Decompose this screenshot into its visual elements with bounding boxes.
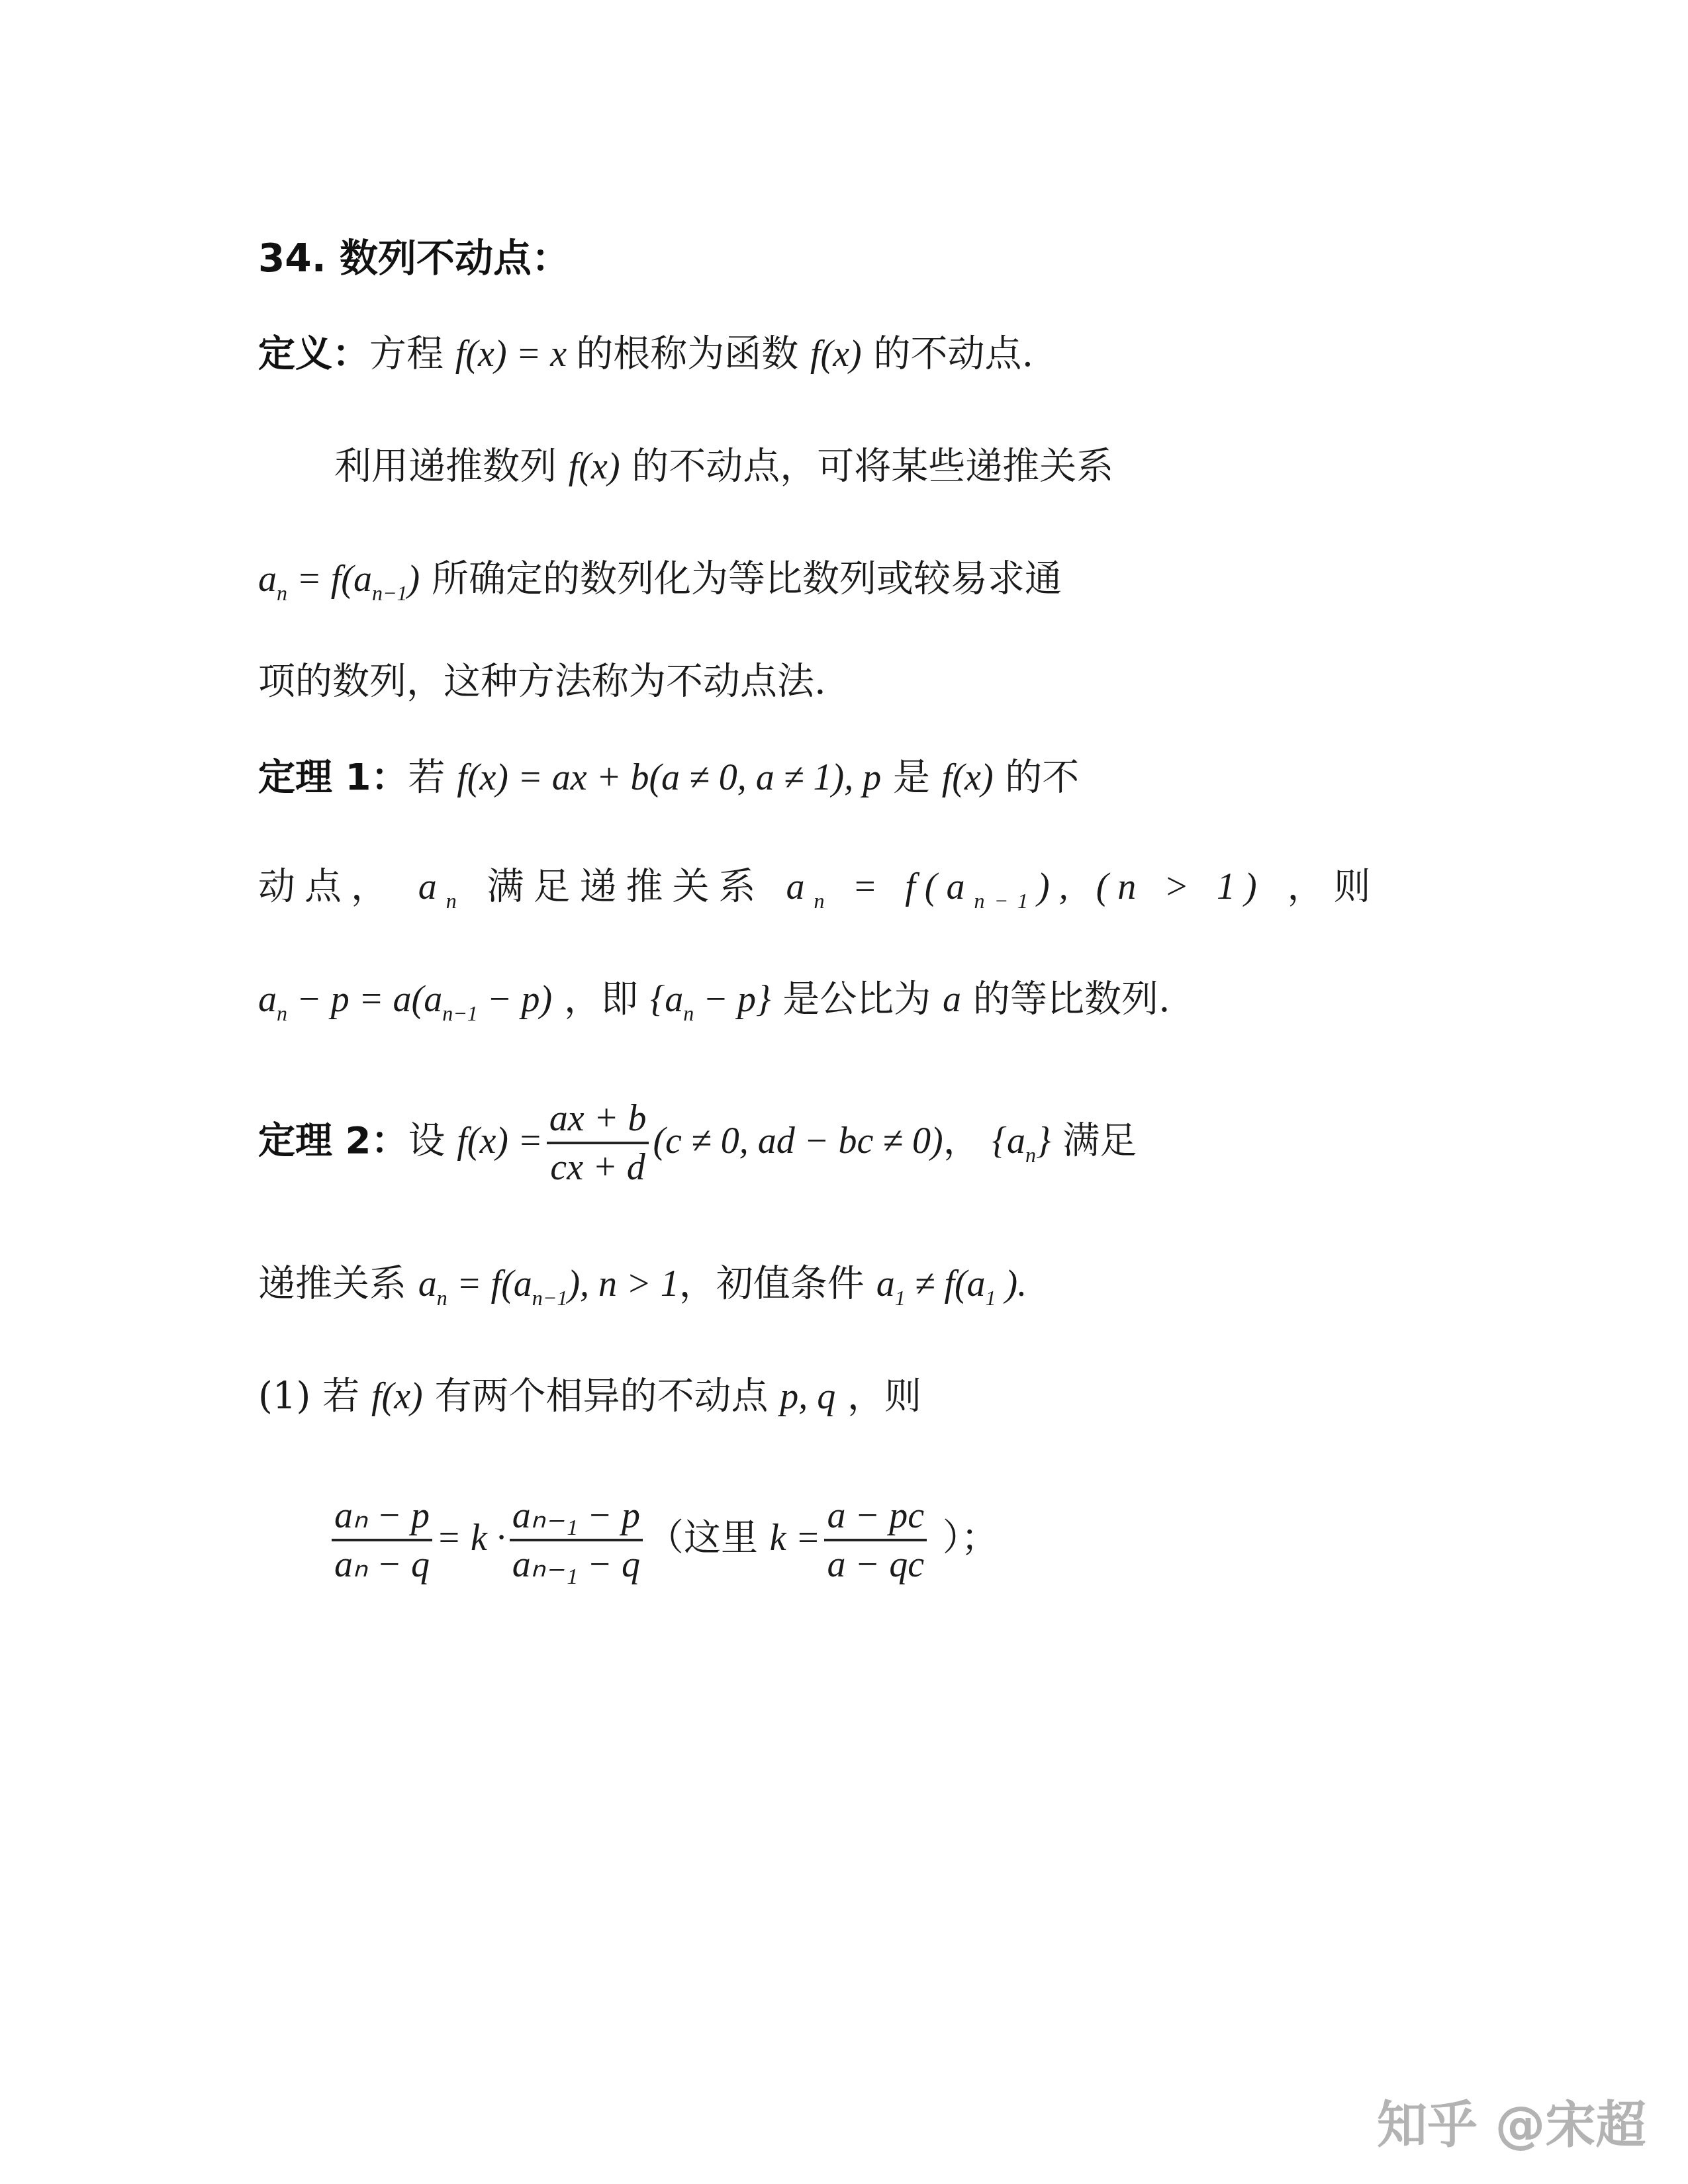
math-a: a bbox=[258, 559, 277, 600]
definition-eq-x: = x bbox=[507, 334, 577, 375]
paragraph-text: 所确定的数列化为等比数列或较易求通 bbox=[420, 557, 1062, 600]
math-expr: ) bbox=[408, 559, 420, 600]
math-sub: 1 bbox=[986, 1286, 996, 1310]
theorem-text: 若 bbox=[408, 756, 457, 799]
theorem1-line-2: 动点， an 满足递推关系 an = f(an−1), (n > 1) ，则 bbox=[258, 864, 1380, 924]
math-expr: {a bbox=[650, 979, 683, 1020]
math-expr: } bbox=[1036, 1120, 1051, 1161]
paragraph-text: 利用递推数列 bbox=[334, 445, 569, 488]
case-label: (1) 若 bbox=[258, 1375, 371, 1418]
math-expr: {a bbox=[992, 1120, 1025, 1161]
math-expr: ), (n > 1) bbox=[1037, 866, 1266, 907]
math-expr: − p = a(a bbox=[287, 979, 442, 1020]
theorem-text: 的等比数列. bbox=[961, 978, 1170, 1021]
math-sub: n bbox=[437, 1286, 447, 1310]
math-expr: = k · bbox=[436, 1518, 506, 1559]
theorem-text: ，初值条件 bbox=[679, 1262, 876, 1305]
fraction-numerator: ax + b bbox=[547, 1095, 649, 1142]
display-formula: aₙ − paₙ − q= k ·aₙ₋₁ − paₙ₋₁ − q（这里 k =… bbox=[328, 1492, 998, 1588]
theorem-text: 有两个相异的不动点 bbox=[423, 1375, 780, 1418]
lhs-fraction: aₙ − paₙ − q bbox=[332, 1492, 432, 1588]
fraction-numerator: aₙ₋₁ − p bbox=[510, 1492, 643, 1539]
theorem-text: 满足递推关系 bbox=[466, 865, 786, 908]
theorem1-label: 定理 1： bbox=[258, 756, 408, 799]
theorem-text: ，即 bbox=[552, 978, 650, 1021]
math-sub: n−1 bbox=[532, 1286, 568, 1310]
math-expr: f(x) = bbox=[457, 1120, 543, 1161]
fraction: ax + bcx + d bbox=[547, 1095, 649, 1191]
math-a: a bbox=[418, 866, 446, 907]
fraction-denominator: cx + d bbox=[547, 1144, 648, 1191]
math-sub: n bbox=[277, 581, 287, 605]
math-expr: f(x) bbox=[371, 1376, 423, 1417]
fraction-numerator: aₙ − p bbox=[332, 1492, 432, 1539]
theorem-text: 设 bbox=[408, 1119, 457, 1162]
math-expr: − p} bbox=[694, 979, 771, 1020]
definition-text-3: 的不动点. bbox=[862, 332, 1034, 375]
theorem2-line-1: 定理 2：设 f(x) =ax + bcx + d(c ≠ 0, ad − bc… bbox=[258, 1095, 1137, 1191]
math-expr: ), n > 1 bbox=[567, 1263, 679, 1304]
theorem-text: ， bbox=[943, 1119, 992, 1162]
math-sub: n bbox=[277, 1001, 287, 1025]
paragraph-fx: f(x) bbox=[569, 446, 620, 487]
math-expr: = f(a bbox=[447, 1263, 532, 1304]
paragraph-line-2: an = f(an−1) 所确定的数列化为等比数列或较易求通 bbox=[258, 556, 1062, 616]
theorem-text: ，则 bbox=[835, 1375, 921, 1418]
theorem-text: 满足 bbox=[1051, 1119, 1137, 1162]
theorem-text: 动点， bbox=[258, 865, 418, 908]
math-sub: n bbox=[683, 1001, 694, 1025]
theorem1-line-3: an − p = a(an−1 − p) ，即 {an − p} 是公比为 a … bbox=[258, 976, 1170, 1036]
math-expr: − p) bbox=[478, 979, 552, 1020]
note-text: （这里 bbox=[647, 1516, 770, 1559]
math-expr: ). bbox=[996, 1263, 1027, 1304]
theorem1-line-1: 定理 1：若 f(x) = ax + b(a ≠ 0, a ≠ 1), p 是 … bbox=[258, 754, 1079, 801]
zhihu-watermark: 知乎 @宋超 bbox=[1377, 2085, 1646, 2157]
definition-label: 定义： bbox=[258, 332, 369, 375]
k-fraction: a − pca − qc bbox=[824, 1492, 927, 1588]
note-text: ）； bbox=[931, 1516, 998, 1559]
paragraph-text: 的不动点，可将某些递推关系 bbox=[620, 445, 1114, 488]
theorem-text: 是公比为 bbox=[771, 978, 943, 1021]
math-a: a bbox=[786, 866, 814, 907]
math-sub: 1 bbox=[895, 1286, 906, 1310]
math-expr: ≠ f(a bbox=[906, 1263, 986, 1304]
fraction-denominator: aₙ − q bbox=[332, 1541, 432, 1588]
math-sub: n−1 bbox=[442, 1001, 478, 1025]
theorem-text: 的不 bbox=[994, 756, 1080, 799]
definition-text-1: 方程 bbox=[369, 332, 455, 375]
definition-fx: f(x) bbox=[455, 334, 507, 375]
math-expr: = f(a bbox=[287, 559, 372, 600]
section-title: 34. 数列不动点： bbox=[258, 235, 570, 281]
theorem-text: ，则 bbox=[1266, 865, 1380, 908]
math-expr: f(x) = ax + b(a ≠ 0, a ≠ 1), p bbox=[457, 757, 881, 798]
theorem2-line-2: 递推关系 an = f(an−1), n > 1，初值条件 a1 ≠ f(a1 … bbox=[258, 1261, 1027, 1321]
theorem-text: 递推关系 bbox=[258, 1262, 418, 1305]
math-sub: n bbox=[1025, 1143, 1036, 1167]
theorem-text: 是 bbox=[881, 756, 942, 799]
theorem2-case1: (1) 若 f(x) 有两个相异的不动点 p, q ，则 bbox=[258, 1373, 921, 1420]
paragraph-line-1: 利用递推数列 f(x) 的不动点，可将某些递推关系 bbox=[334, 443, 1113, 490]
fraction-denominator: a − qc bbox=[824, 1541, 927, 1588]
math-expr: f(x) bbox=[942, 757, 994, 798]
math-expr: k = bbox=[770, 1518, 821, 1559]
math-a: a bbox=[943, 979, 961, 1020]
math-sub: n−1 bbox=[974, 889, 1037, 913]
math-sub: n−1 bbox=[372, 581, 408, 605]
math-a: a bbox=[876, 1263, 895, 1304]
math-expr: p, q bbox=[780, 1376, 835, 1417]
math-expr: = f(a bbox=[833, 866, 974, 907]
math-sub: n bbox=[446, 889, 466, 913]
fraction-numerator: a − pc bbox=[824, 1492, 927, 1539]
math-a: a bbox=[418, 1263, 437, 1304]
rhs-fraction: aₙ₋₁ − paₙ₋₁ − q bbox=[510, 1492, 643, 1588]
definition-text-2: 的根称为函数 bbox=[576, 332, 810, 375]
math-expr: (c ≠ 0, ad − bc ≠ 0) bbox=[653, 1120, 943, 1161]
definition-fx2: f(x) bbox=[810, 334, 862, 375]
fraction-denominator: aₙ₋₁ − q bbox=[510, 1541, 643, 1588]
definition-line: 定义：方程 f(x) = x 的根称为函数 f(x) 的不动点. bbox=[258, 331, 1033, 377]
theorem2-label: 定理 2： bbox=[258, 1119, 408, 1162]
math-sub: n bbox=[814, 889, 833, 913]
paragraph-line-3: 项的数列，这种方法称为不动点法. bbox=[258, 659, 826, 705]
math-a: a bbox=[258, 979, 277, 1020]
